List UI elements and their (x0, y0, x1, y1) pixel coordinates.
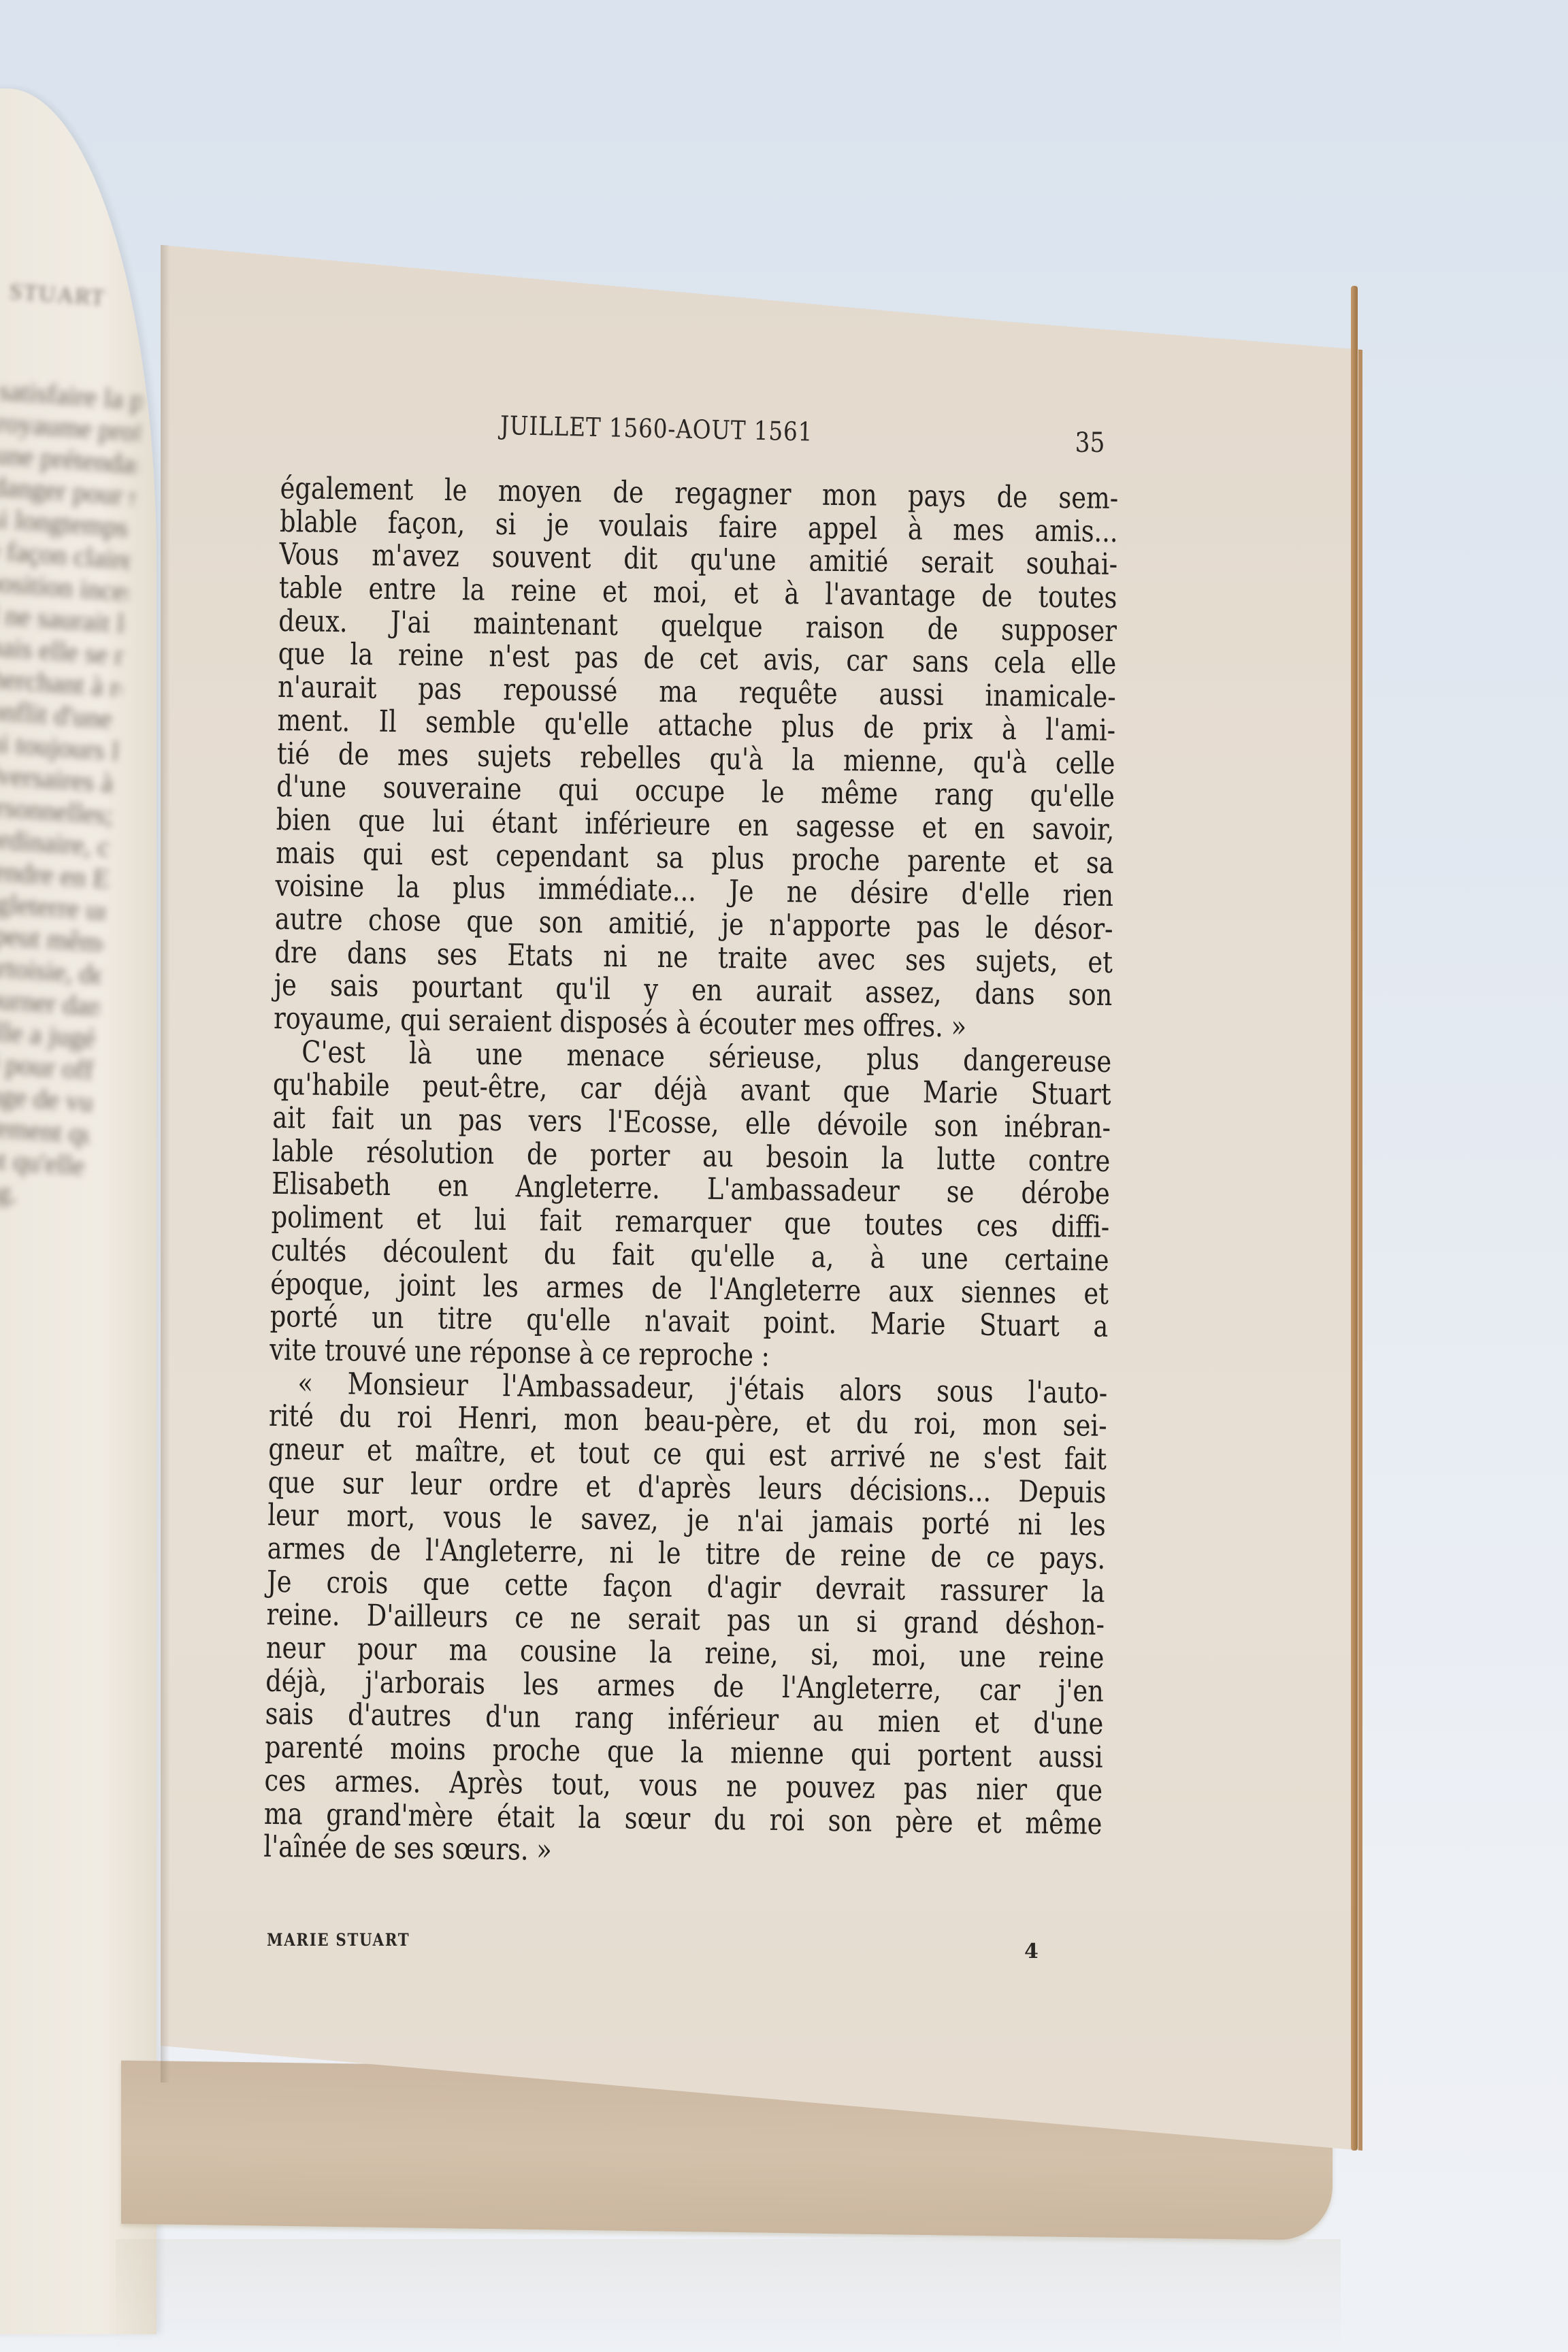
left-facing-page: STUART satisfaire la protestante É- roya… (0, 88, 157, 2334)
left-page-body-text: satisfaire la protestante É- royaume pro… (0, 374, 142, 1214)
gutter-shadow (161, 245, 170, 2082)
surface-reflection (116, 2239, 1341, 2352)
page-fore-edge (1351, 286, 1358, 2151)
signature-mark: 4 (1024, 1940, 1039, 1963)
page-body-text: également le moyen de regagner mon pays … (263, 472, 979, 1872)
left-page-running-head: STUART (8, 279, 107, 312)
page-number: 35 (1075, 427, 1105, 459)
footer-book-title: MARIE STUART (267, 1930, 410, 1950)
